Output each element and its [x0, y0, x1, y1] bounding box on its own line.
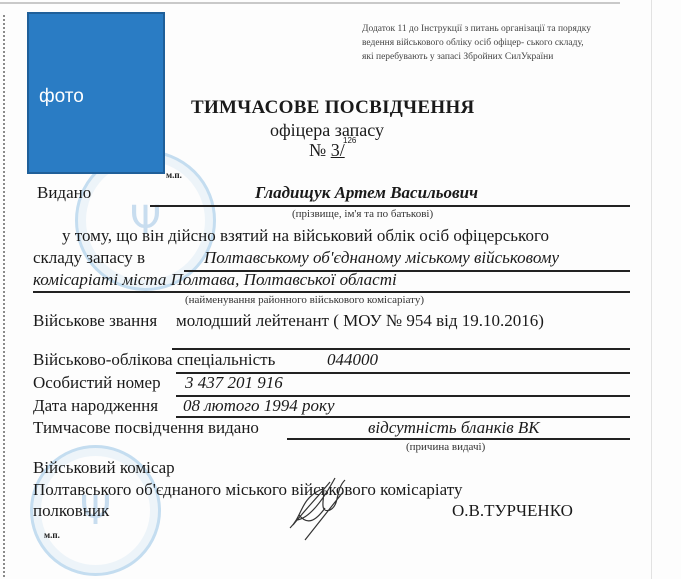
- commissariat-value-line-2: комісаріаті міста Полтава, Полтавської о…: [33, 270, 397, 290]
- appendix-line: Додаток 11 до Інструкції з питань органі…: [362, 22, 632, 36]
- full-name-value: Гладищук Артем Васильович: [255, 183, 478, 203]
- rank-value: молодший лейтенант ( МОУ № 954 від 19.10…: [176, 311, 544, 331]
- commissariat-hint: (найменування районного військового комі…: [185, 294, 424, 306]
- issued-reason-hint: (причина видачі): [406, 441, 485, 453]
- issued-reason-label: Тимчасове посвідчення видано: [33, 418, 259, 438]
- photo-placeholder: фото: [27, 12, 165, 174]
- commissariat-underline-2: [33, 291, 630, 293]
- commissariat-value-line-1: Полтавському об'єднаному міському військ…: [204, 248, 559, 268]
- full-name-hint: (прізвище, ім'я та по батькові): [292, 208, 433, 220]
- commissar-name: О.В.ТУРЧЕНКО: [452, 501, 573, 521]
- birth-date-value: 08 лютого 1994 року: [183, 396, 335, 416]
- document-subtitle: офіцера запасу: [270, 120, 384, 141]
- statement-line-1: у тому, що він дійсно взятий на військов…: [62, 226, 549, 246]
- commissar-rank: полковник: [33, 501, 109, 521]
- issued-reason-underline: [287, 438, 630, 440]
- appendix-line: які перебувають у запасі Збройних СилУкр…: [362, 50, 632, 64]
- document-title: ТИМЧАСОВЕ ПОСВІДЧЕННЯ: [191, 97, 475, 119]
- stamp-place-label-bottom: м.п.: [44, 530, 60, 540]
- birth-date-label: Дата народження: [33, 396, 158, 416]
- document-number: № 3/ 126: [309, 140, 357, 161]
- appendix-line: ведення військового обліку осіб офіцер- …: [362, 36, 632, 50]
- number-prefix: №: [309, 140, 326, 160]
- stamp-place-label: м.п.: [166, 170, 182, 180]
- personal-number-value: 3 437 201 916: [185, 373, 283, 393]
- page-top-edge: [0, 2, 620, 4]
- specialty-value: 044000: [327, 350, 378, 370]
- issued-reason-value: відсутність бланків ВК: [368, 418, 540, 438]
- specialty-label: Військово-облікова спеціальність: [33, 350, 275, 370]
- statement-line-2: складу запасу в: [33, 248, 145, 268]
- appendix-note: Додаток 11 до Інструкції з питань органі…: [362, 22, 632, 64]
- rank-label: Військове звання: [33, 311, 157, 331]
- signature-icon: [285, 470, 365, 545]
- commissar-title-line-2: Полтавського об'єднаного міського військ…: [33, 480, 462, 500]
- photo-label: фото: [39, 86, 84, 108]
- certificate-document: Ψ Ψ фото Додаток 11 до Інструкції з пита…: [0, 0, 681, 579]
- page-right-edge: [651, 0, 652, 579]
- number-superscript: 126: [343, 136, 356, 145]
- personal-number-label: Особистий номер: [33, 373, 161, 393]
- page-left-perforation: [3, 15, 5, 579]
- commissar-title-line-1: Військовий комісар: [33, 458, 175, 478]
- issued-label: Видано: [37, 183, 91, 203]
- full-name-underline: [150, 205, 630, 207]
